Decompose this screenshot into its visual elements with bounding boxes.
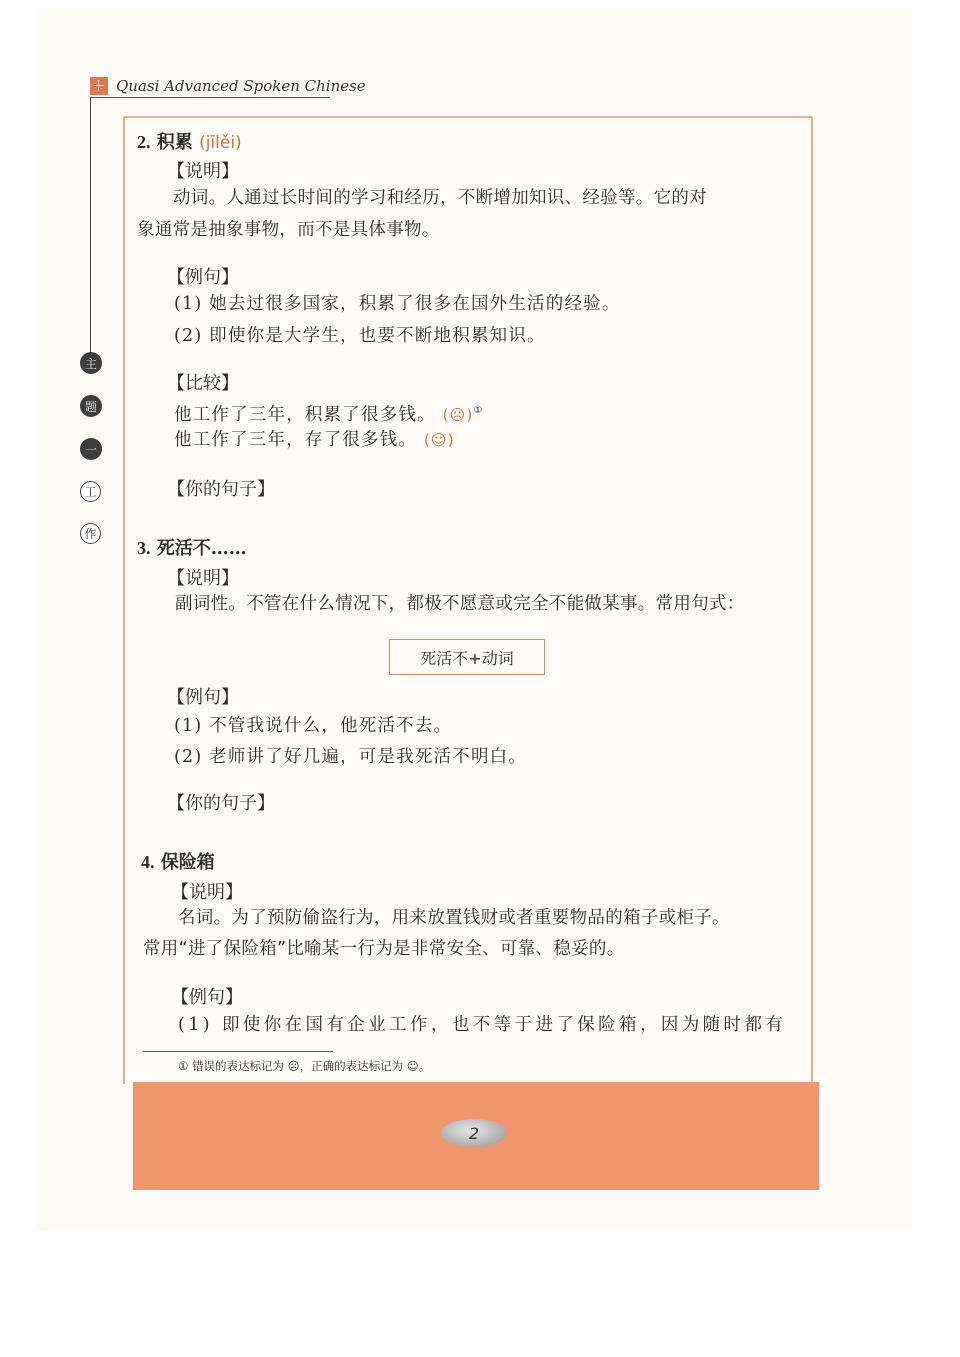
explain-text: 动词。人通过长时间的学习和经历，不断增加知识、经验等。它的对 (173, 186, 707, 210)
example-sentence: (1) 不管我说什么，他死活不去。 (174, 714, 452, 738)
explain-text: 名词。为了预防偷盗行为，用来放置钱财或者重要物品的箱子或柜子。 (178, 906, 730, 930)
pattern-box: 死活不+动词 (389, 639, 545, 675)
explain-label: 【说明】 (167, 567, 239, 591)
term: 死活不…… (157, 538, 247, 559)
explain-text: 象通常是抽象事物，而不是具体事物。 (137, 218, 440, 242)
header-rule (90, 97, 330, 98)
term: 保险箱 (161, 852, 215, 873)
section-heading: 3. 死活不…… (137, 536, 247, 561)
explain-label: 【说明】 (167, 160, 239, 184)
volume-logo-icon (90, 77, 108, 95)
section-heading: 4. 保险箱 (141, 850, 215, 875)
smile-face-icon: (☺) (424, 431, 455, 449)
chapter-badge: 一 (80, 438, 102, 460)
chapter-badge: 作 (80, 523, 101, 544)
chapter-badge: 题 (80, 395, 102, 417)
example-sentence: (2) 老师讲了好几遍，可是我死活不明白。 (174, 745, 527, 769)
chapter-badge: 工 (80, 481, 101, 502)
example-label: 【例句】 (171, 986, 243, 1010)
running-header: Quasi Advanced Spoken Chinese (90, 74, 366, 98)
explain-label: 【说明】 (171, 881, 243, 905)
explain-text: 常用“进了保险箱”比喻某一行为是非常安全、可靠、稳妥的。 (143, 937, 625, 961)
footnote-rule (143, 1051, 333, 1052)
page-number: 2 (441, 1119, 507, 1147)
explain-text: 副词性。不管在什么情况下，都极不愿意或完全不能做某事。常用句式： (175, 592, 745, 616)
term: 积累 (157, 132, 193, 153)
chapter-badge: 主 (80, 352, 102, 374)
pinyin: (jīlěi) (199, 133, 242, 153)
footnote: ① 错误的表达标记为 ☹，正确的表达标记为 ☺。 (178, 1058, 430, 1074)
compare-label: 【比较】 (167, 372, 239, 396)
your-sentence-label: 【你的句子】 (167, 792, 275, 816)
example-sentence: (1) 即使你在国有企业工作，也不等于进了保险箱，因为随时都有 (178, 1013, 786, 1037)
footnote-ref: ① (474, 405, 484, 416)
example-label: 【例句】 (167, 266, 239, 290)
side-line (90, 97, 91, 355)
your-sentence-label: 【你的句子】 (167, 478, 275, 502)
chapter-tabs: 主 题 一 工 作 (80, 352, 104, 565)
example-label: 【例句】 (167, 686, 239, 710)
compare-sentence-wrong: 他工作了三年，积累了很多钱。 (☹)① (174, 399, 484, 427)
section-heading: 2. 积累 (jīlěi) (137, 130, 242, 155)
book-title: Quasi Advanced Spoken Chinese (116, 77, 366, 95)
example-sentence: (2) 即使你是大学生，也要不断地积累知识。 (174, 324, 546, 348)
compare-sentence-right: 他工作了三年，存了很多钱。 (☺) (174, 428, 455, 452)
example-sentence: (1) 她去过很多国家，积累了很多在国外生活的经验。 (174, 292, 621, 316)
sad-face-icon: (☹) (443, 406, 474, 424)
